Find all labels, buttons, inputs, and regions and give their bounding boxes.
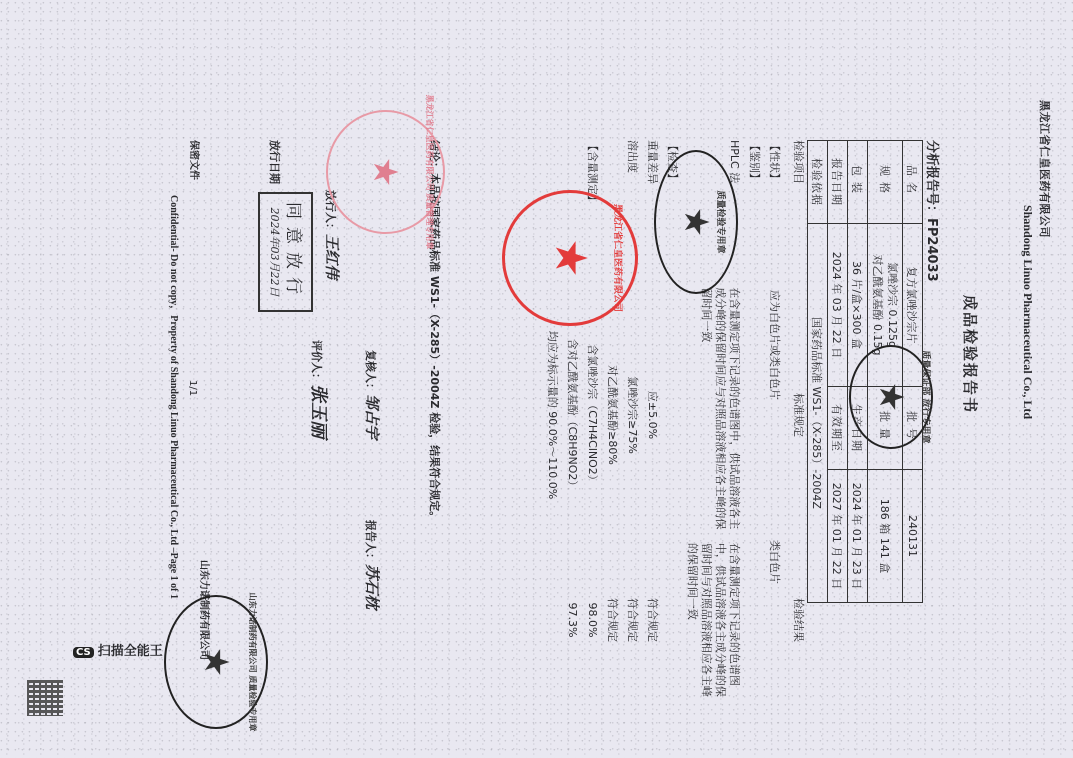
item-standard: 含对乙酰氨基酚（C8H9NO2） — [565, 290, 579, 540]
release-date-label: 放行日期 — [267, 140, 283, 184]
item-standard: 应为白色片或类白色片 — [767, 290, 781, 540]
value-batch-size: 186 箱 141 盒 — [868, 470, 903, 603]
item-standard: 氯唑沙宗≥75% — [625, 290, 639, 540]
document-classification: 保密文件 — [188, 140, 203, 180]
header-result: 检验结果 — [791, 540, 805, 700]
star-icon: ★ — [369, 157, 403, 187]
company-name-cn: 黑龙江省仁皇医药有限公司 — [1037, 100, 1053, 238]
label-packaging: 包装 — [848, 141, 868, 224]
label-report-date: 报告日期 — [828, 141, 848, 224]
item-result: 类白色片 — [767, 540, 781, 700]
item-result: 符合规定 — [645, 540, 659, 700]
linuo-inspection-stamp-text: 山东力诺制药有限公司 质量检验专用章 — [247, 593, 258, 732]
release-approval-text: 同意放行 — [283, 197, 308, 307]
list-item: 【性状】应为白色片或类白色片类白色片 — [767, 140, 781, 700]
evaluator: 评价人：张玉丽 — [307, 340, 333, 438]
cs-logo-icon: CS — [73, 647, 94, 658]
item-standard: 含氯唑沙宗（C7H4ClNO2） — [585, 290, 599, 540]
qa-release-stamp-text: 质量保证部 放行专用章 — [920, 350, 933, 443]
table-row: 报告日期 2024 年 03 月 22 日 有效期至 2027 年 01 月 2… — [828, 141, 848, 603]
star-icon: ★ — [874, 382, 908, 412]
reporter-signature: 苏石枕 — [363, 564, 381, 609]
value-expiry-date: 2027 年 01 月 22 日 — [828, 470, 848, 603]
item-result: 符合规定 — [605, 540, 619, 700]
item-result: 98.0% — [585, 540, 599, 700]
item-result: 在含量测定项下记录的色谱图中，供试品溶液各主成分峰的保留时间与对照品溶液相应各主… — [685, 543, 741, 700]
label-spec: 规格 — [868, 141, 903, 224]
scanner-brand: CS扫描全能王 — [73, 640, 163, 659]
items-header: 检验项目 标准规定 检验结果 — [791, 140, 805, 700]
header-test-item: 检验项目 — [791, 140, 805, 290]
reviewer-label: 复核人： — [364, 350, 377, 394]
item-standard: 对乙酰氨基酚≥80% — [605, 290, 619, 540]
company-red-seal-text: 黑龙江省仁皇医药有限公司 — [612, 204, 625, 312]
item-result: 97.3% — [565, 540, 579, 700]
reviewer-signature: 邹占宇 — [363, 394, 381, 439]
confidential-notice: Confidential- Do not copy，Property of Sh… — [168, 195, 183, 599]
item-name: 【性状】 — [767, 140, 781, 290]
value-test-basis: 国家药品标准 WS1-（X-285）-2004Z — [808, 224, 828, 603]
item-standard: 应±5.0% — [645, 290, 659, 540]
header-standard: 标准规定 — [791, 290, 805, 540]
star-icon: ★ — [199, 647, 233, 677]
inspection-report-page: 黑龙江省仁皇医药有限公司 Shandong Linuo Pharmaceutic… — [0, 0, 1073, 758]
company-pink-seal-text: 黑龙江省仁皇医药有限公司 质量管理专用章 — [424, 95, 435, 250]
evaluator-label: 评价人： — [310, 340, 323, 384]
linuo-inspection-stamp: ★ 山东力诺制药有限公司 质量检验专用章 — [164, 595, 268, 729]
company-red-seal: ★ 黑龙江省仁皇医药有限公司 — [502, 190, 638, 326]
item-result — [545, 540, 559, 700]
item-standard — [747, 290, 761, 540]
list-item: 【鉴别】 — [747, 140, 761, 700]
item-result — [747, 540, 761, 700]
value-batch-no: 240131 — [903, 470, 923, 603]
release-approval-stamp: 同意放行 2024年03月22日 — [258, 192, 313, 312]
company-name-en: Shandong Linuo Pharmaceutical Co., Ltd — [1020, 205, 1035, 419]
report-title: 成品检验报告书 — [960, 295, 981, 414]
item-name: 【鉴别】 — [747, 140, 761, 290]
item-result: 符合规定 — [625, 540, 639, 700]
label-expiry-date: 有效期至 — [828, 387, 848, 470]
item-standard: 在含量测定项下记录的色谱图中，供试品溶液各主成分峰的保留时间应与对照品溶液相应各… — [685, 287, 741, 543]
label-test-basis: 检验依据 — [808, 141, 828, 224]
value-report-date: 2024 年 03 月 22 日 — [828, 224, 848, 387]
item-standard — [665, 290, 679, 540]
reviewer: 复核人：邹占宇 — [362, 350, 383, 439]
report-number-label: 分析报告号： — [924, 140, 939, 218]
table-row: 检验依据 国家药品标准 WS1-（X-285）-2004Z — [808, 141, 828, 603]
value-production-date: 2024 年 01 月 23 日 — [848, 470, 868, 603]
company-pink-seal: ★ 黑龙江省仁皇医药有限公司 质量管理专用章 — [326, 110, 445, 234]
scanner-brand-name: 扫描全能王 — [98, 644, 163, 659]
label-product-name: 品名 — [903, 141, 923, 224]
page-number: 1/1 — [187, 380, 198, 396]
qr-code-icon — [27, 680, 63, 716]
report-number-value: FP24033 — [924, 218, 939, 282]
releaser-signature: 王红伟 — [323, 234, 341, 279]
item-standard: 均应为标示量的 90.0%～110.0% — [545, 290, 559, 540]
qa-release-stamp: ★ 质量保证部 放行专用章 — [849, 345, 933, 449]
item-result — [665, 540, 679, 700]
release-date: 2024年03月22日 — [267, 197, 283, 307]
quality-control-stamp: ★ 质量检验专用章 — [654, 150, 738, 294]
quality-control-stamp-text: 质量检验专用章 — [715, 190, 728, 253]
reporter-label: 报告人： — [364, 520, 377, 564]
report-number: 分析报告号：FP24033 — [924, 140, 943, 282]
star-icon: ★ — [679, 207, 713, 237]
star-icon: ★ — [548, 238, 592, 277]
reporter: 报告人：苏石枕 — [362, 520, 383, 609]
evaluator-signature: 张玉丽 — [308, 384, 329, 438]
